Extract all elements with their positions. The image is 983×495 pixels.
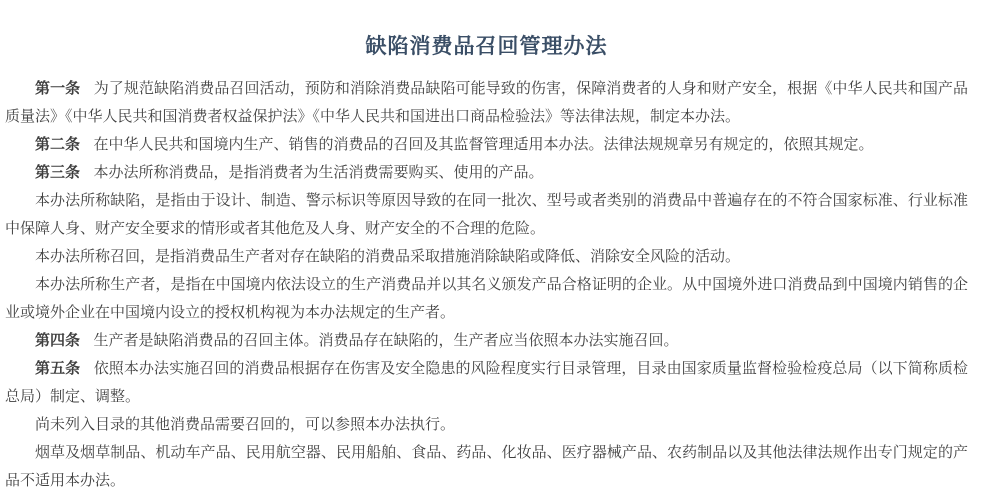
paragraph-text: 烟草及烟草制品、机动车产品、民用航空器、民用船舶、食品、药品、化妆品、医疗器械产… — [5, 443, 968, 489]
paragraph-text: 尚未列入目录的其他消费品需要召回的，可以参照本办法执行。 — [35, 415, 455, 433]
article-number: 第五条 — [35, 359, 80, 377]
paragraph-text: 本办法所称召回，是指消费品生产者对存在缺陷的消费品采取措施消除缺陷或降低、消除安… — [35, 247, 740, 265]
article-number: 第四条 — [35, 331, 80, 349]
article-number: 第一条 — [35, 79, 80, 97]
paragraph: 第一条为了规范缺陷消费品召回活动，预防和消除消费品缺陷可能导致的伤害，保障消费者… — [5, 74, 968, 130]
paragraph-text: 本办法所称生产者，是指在中国境内依法设立的生产消费品并以其名义颁发产品合格证明的… — [5, 275, 968, 321]
paragraph-text: 生产者是缺陷消费品的召回主体。消费品存在缺陷的，生产者应当依照本办法实施召回。 — [94, 331, 679, 349]
paragraph: 本办法所称生产者，是指在中国境内依法设立的生产消费品并以其名义颁发产品合格证明的… — [5, 270, 968, 326]
paragraph: 第五条依照本办法实施召回的消费品根据存在伤害及安全隐患的风险程度实行目录管理，目… — [5, 354, 968, 410]
article-number: 第三条 — [35, 163, 80, 181]
paragraph: 第四条生产者是缺陷消费品的召回主体。消费品存在缺陷的，生产者应当依照本办法实施召… — [5, 326, 968, 354]
paragraph: 本办法所称召回，是指消费品生产者对存在缺陷的消费品采取措施消除缺陷或降低、消除安… — [5, 242, 968, 270]
document-title: 缺陷消费品召回管理办法 — [5, 30, 968, 60]
document: 缺陷消费品召回管理办法 第一条为了规范缺陷消费品召回活动，预防和消除消费品缺陷可… — [0, 30, 973, 494]
document-body: 第一条为了规范缺陷消费品召回活动，预防和消除消费品缺陷可能导致的伤害，保障消费者… — [5, 74, 968, 494]
paragraph: 烟草及烟草制品、机动车产品、民用航空器、民用船舶、食品、药品、化妆品、医疗器械产… — [5, 438, 968, 494]
paragraph: 第三条本办法所称消费品，是指消费者为生活消费需要购买、使用的产品。 — [5, 158, 968, 186]
paragraph-text: 在中华人民共和国境内生产、销售的消费品的召回及其监督管理适用本办法。法律法规规章… — [94, 135, 874, 153]
paragraph: 本办法所称缺陷，是指由于设计、制造、警示标识等原因导致的在同一批次、型号或者类别… — [5, 186, 968, 242]
paragraph-text: 为了规范缺陷消费品召回活动，预防和消除消费品缺陷可能导致的伤害，保障消费者的人身… — [5, 79, 968, 125]
paragraph: 第二条在中华人民共和国境内生产、销售的消费品的召回及其监督管理适用本办法。法律法… — [5, 130, 968, 158]
paragraph-text: 依照本办法实施召回的消费品根据存在伤害及安全隐患的风险程度实行目录管理，目录由国… — [5, 359, 968, 405]
article-number: 第二条 — [35, 135, 80, 153]
paragraph: 尚未列入目录的其他消费品需要召回的，可以参照本办法执行。 — [5, 410, 968, 438]
paragraph-text: 本办法所称缺陷，是指由于设计、制造、警示标识等原因导致的在同一批次、型号或者类别… — [5, 191, 968, 237]
paragraph-text: 本办法所称消费品，是指消费者为生活消费需要购买、使用的产品。 — [94, 163, 544, 181]
